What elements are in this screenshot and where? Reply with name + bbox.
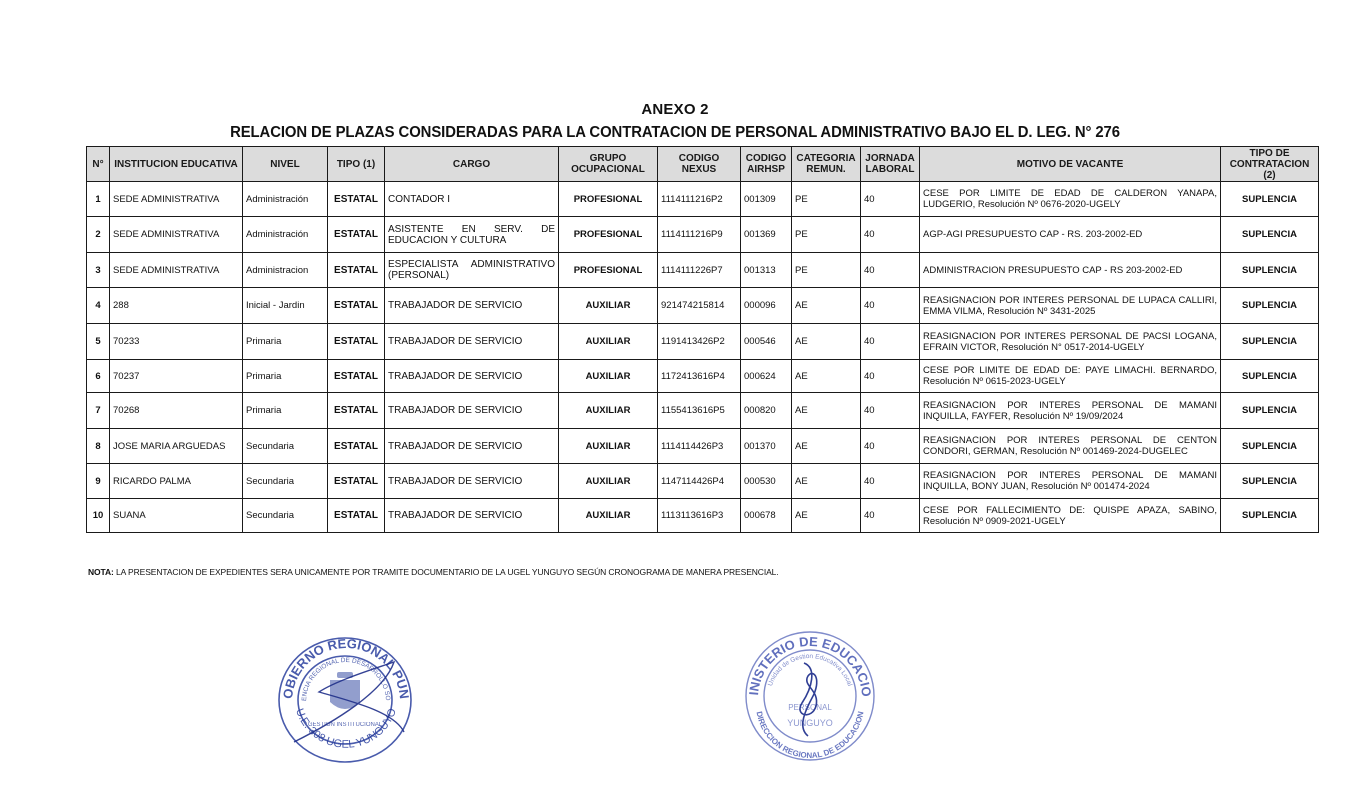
jornada-cell: 40 xyxy=(861,182,920,217)
grupo-cell: AUXILIAR xyxy=(559,324,658,360)
row-number: 9 xyxy=(87,464,110,499)
cargo-cell: ESPECIALISTA ADMINISTRATIVO (PERSONAL) xyxy=(385,253,559,288)
motivo-cell: CESE POR LIMITE DE EDAD DE CALDERON YANA… xyxy=(920,182,1221,217)
contratacion-cell: SUPLENCIA xyxy=(1221,499,1319,533)
table-row: 3SEDE ADMINISTRATIVAAdministracionESTATA… xyxy=(87,253,1319,288)
motivo-cell: AGP-AGI PRESUPUESTO CAP - RS. 203-2002-E… xyxy=(920,217,1221,253)
categoria-cell: AE xyxy=(792,360,861,393)
contratacion-cell: SUPLENCIA xyxy=(1221,288,1319,324)
table-row: 4288Inicial - JardinESTATALTRABAJADOR DE… xyxy=(87,288,1319,324)
footnote-text: LA PRESENTACION DE EXPEDIENTES SERA UNIC… xyxy=(116,567,779,577)
cargo-cell: TRABAJADOR DE SERVICIO xyxy=(385,429,559,464)
airhsp-cell: 000546 xyxy=(741,324,792,360)
table-header-row: N° INSTITUCION EDUCATIVA NIVEL TIPO (1) … xyxy=(87,147,1319,182)
airhsp-cell: 000530 xyxy=(741,464,792,499)
header-airhsp: CODIGOAIRHSP xyxy=(741,147,792,182)
cargo-cell: TRABAJADOR DE SERVICIO xyxy=(385,499,559,533)
motivo-cell: REASIGNACION POR INTERES PERSONAL DE MAM… xyxy=(920,464,1221,499)
airhsp-cell: 000624 xyxy=(741,360,792,393)
tipo-cell: ESTATAL xyxy=(328,182,385,217)
table-row: 670237PrimariaESTATALTRABAJADOR DE SERVI… xyxy=(87,360,1319,393)
institucion-cell: JOSE MARIA ARGUEDAS xyxy=(110,429,243,464)
grupo-cell: AUXILIAR xyxy=(559,360,658,393)
row-number: 3 xyxy=(87,253,110,288)
grupo-cell: AUXILIAR xyxy=(559,464,658,499)
categoria-cell: AE xyxy=(792,288,861,324)
row-number: 6 xyxy=(87,360,110,393)
tipo-cell: ESTATAL xyxy=(328,499,385,533)
institucion-cell: 70233 xyxy=(110,324,243,360)
nexus-cell: 1114111216P2 xyxy=(658,182,741,217)
nivel-cell: Secundaria xyxy=(243,499,328,533)
header-grupo-line2: OCUPACIONAL xyxy=(571,164,645,175)
motivo-cell: REASIGNACION POR INTERES PERSONAL DE MAM… xyxy=(920,393,1221,429)
table-row: 570233PrimariaESTATALTRABAJADOR DE SERVI… xyxy=(87,324,1319,360)
nexus-cell: 1114111216P9 xyxy=(658,217,741,253)
nexus-cell: 1114111226P7 xyxy=(658,253,741,288)
jornada-cell: 40 xyxy=(861,324,920,360)
grupo-cell: AUXILIAR xyxy=(559,393,658,429)
header-nexus-line2: NEXUS xyxy=(682,164,716,175)
institucion-cell: SEDE ADMINISTRATIVA xyxy=(110,182,243,217)
tipo-cell: ESTATAL xyxy=(328,464,385,499)
svg-text:MINISTERIO DE EDUCACION: MINISTERIO DE EDUCACION xyxy=(742,628,874,697)
grupo-cell: PROFESIONAL xyxy=(559,217,658,253)
tipo-cell: ESTATAL xyxy=(328,360,385,393)
nivel-cell: Administracion xyxy=(243,253,328,288)
gobierno-regional-seal-icon: GOBIERNO REGIONAL PUNO GERENCIA REGIONAL… xyxy=(274,632,416,766)
categoria-cell: AE xyxy=(792,429,861,464)
header-categoria-line2: REMUN. xyxy=(806,164,845,175)
airhsp-cell: 000820 xyxy=(741,393,792,429)
airhsp-cell: 001369 xyxy=(741,217,792,253)
jornada-cell: 40 xyxy=(861,360,920,393)
airhsp-cell: 001313 xyxy=(741,253,792,288)
contratacion-cell: SUPLENCIA xyxy=(1221,324,1319,360)
ministerio-seal-icon: MINISTERIO DE EDUCACION Unidad de Gestio… xyxy=(742,628,878,764)
cargo-cell: ASISTENTE EN SERV. DE EDUCACION Y CULTUR… xyxy=(385,217,559,253)
document-subtitle: RELACION DE PLAZAS CONSIDERADAS PARA LA … xyxy=(27,124,1323,142)
nexus-cell: 1113113616P3 xyxy=(658,499,741,533)
nivel-cell: Primaria xyxy=(243,360,328,393)
cargo-cell: CONTADOR I xyxy=(385,182,559,217)
nexus-cell: 1147114426P4 xyxy=(658,464,741,499)
nivel-cell: Secundaria xyxy=(243,464,328,499)
header-categoria-line1: CATEGORIA xyxy=(796,153,855,164)
contratacion-cell: SUPLENCIA xyxy=(1221,393,1319,429)
table-row: 1SEDE ADMINISTRATIVAAdministraciónESTATA… xyxy=(87,182,1319,217)
header-n: N° xyxy=(87,147,110,182)
tipo-cell: ESTATAL xyxy=(328,217,385,253)
motivo-cell: ADMINISTRACION PRESUPUESTO CAP - RS 203-… xyxy=(920,253,1221,288)
cargo-cell: TRABAJADOR DE SERVICIO xyxy=(385,360,559,393)
nexus-cell: 1172413616P4 xyxy=(658,360,741,393)
tipo-cell: ESTATAL xyxy=(328,429,385,464)
row-number: 4 xyxy=(87,288,110,324)
cargo-cell: TRABAJADOR DE SERVICIO xyxy=(385,288,559,324)
header-motivo: MOTIVO DE VACANTE xyxy=(920,147,1221,182)
table-row: 10SUANASecundariaESTATALTRABAJADOR DE SE… xyxy=(87,499,1319,533)
jornada-cell: 40 xyxy=(861,253,920,288)
annex-title: ANEXO 2 xyxy=(0,101,1350,118)
seal-right-bottom-text: YUNGUYO xyxy=(787,718,833,728)
institucion-cell: 288 xyxy=(110,288,243,324)
contratacion-cell: SUPLENCIA xyxy=(1221,464,1319,499)
row-number: 7 xyxy=(87,393,110,429)
institucion-cell: RICARDO PALMA xyxy=(110,464,243,499)
cargo-cell: TRABAJADOR DE SERVICIO xyxy=(385,393,559,429)
row-number: 1 xyxy=(87,182,110,217)
jornada-cell: 40 xyxy=(861,217,920,253)
header-nexus: CODIGONEXUS xyxy=(658,147,741,182)
motivo-cell: REASIGNACION POR INTERES PERSONAL DE CEN… xyxy=(920,429,1221,464)
header-contratacion: TIPO DECONTRATACION(2) xyxy=(1221,147,1319,182)
header-airhsp-line2: AIRHSP xyxy=(747,164,785,175)
contratacion-cell: SUPLENCIA xyxy=(1221,360,1319,393)
nivel-cell: Inicial - Jardin xyxy=(243,288,328,324)
tipo-cell: ESTATAL xyxy=(328,253,385,288)
institucion-cell: 70268 xyxy=(110,393,243,429)
grupo-cell: AUXILIAR xyxy=(559,499,658,533)
categoria-cell: AE xyxy=(792,464,861,499)
jornada-cell: 40 xyxy=(861,393,920,429)
header-categoria: CATEGORIAREMUN. xyxy=(792,147,861,182)
cargo-cell: TRABAJADOR DE SERVICIO xyxy=(385,324,559,360)
tipo-cell: ESTATAL xyxy=(328,393,385,429)
header-airhsp-line1: CODIGO xyxy=(746,153,787,164)
contratacion-cell: SUPLENCIA xyxy=(1221,182,1319,217)
header-nivel: NIVEL xyxy=(243,147,328,182)
footnote-label: NOTA: xyxy=(88,567,114,577)
categoria-cell: AE xyxy=(792,324,861,360)
table-row: 770268PrimariaESTATALTRABAJADOR DE SERVI… xyxy=(87,393,1319,429)
grupo-cell: AUXILIAR xyxy=(559,288,658,324)
header-jornada-line1: JORNADA xyxy=(865,153,914,164)
jornada-cell: 40 xyxy=(861,499,920,533)
row-number: 10 xyxy=(87,499,110,533)
nivel-cell: Primaria xyxy=(243,393,328,429)
table-row: 8JOSE MARIA ARGUEDASSecundariaESTATALTRA… xyxy=(87,429,1319,464)
airhsp-cell: 000096 xyxy=(741,288,792,324)
categoria-cell: PE xyxy=(792,253,861,288)
row-number: 2 xyxy=(87,217,110,253)
nexus-cell: 1114114426P3 xyxy=(658,429,741,464)
plazas-table: N° INSTITUCION EDUCATIVA NIVEL TIPO (1) … xyxy=(86,146,1319,533)
tipo-cell: ESTATAL xyxy=(328,324,385,360)
cargo-cell: TRABAJADOR DE SERVICIO xyxy=(385,464,559,499)
institucion-cell: SEDE ADMINISTRATIVA xyxy=(110,217,243,253)
header-contratacion-line3: (2) xyxy=(1263,170,1275,181)
header-institucion: INSTITUCION EDUCATIVA xyxy=(110,147,243,182)
table-row: 9RICARDO PALMASecundariaESTATALTRABAJADO… xyxy=(87,464,1319,499)
table-row: 2SEDE ADMINISTRATIVAAdministraciónESTATA… xyxy=(87,217,1319,253)
motivo-cell: REASIGNACION POR INTERES PERSONAL DE PAC… xyxy=(920,324,1221,360)
institucion-cell: SUANA xyxy=(110,499,243,533)
categoria-cell: AE xyxy=(792,499,861,533)
airhsp-cell: 000678 xyxy=(741,499,792,533)
grupo-cell: PROFESIONAL xyxy=(559,182,658,217)
nexus-cell: 1191413426P2 xyxy=(658,324,741,360)
header-tipo: TIPO (1) xyxy=(328,147,385,182)
nivel-cell: Administración xyxy=(243,217,328,253)
nivel-cell: Primaria xyxy=(243,324,328,360)
airhsp-cell: 001309 xyxy=(741,182,792,217)
nexus-cell: 1155413616P5 xyxy=(658,393,741,429)
grupo-cell: PROFESIONAL xyxy=(559,253,658,288)
jornada-cell: 40 xyxy=(861,288,920,324)
motivo-cell: CESE POR FALLECIMIENTO DE: QUISPE APAZA,… xyxy=(920,499,1221,533)
contratacion-cell: SUPLENCIA xyxy=(1221,429,1319,464)
header-contratacion-line1: TIPO DE xyxy=(1249,148,1289,159)
motivo-cell: CESE POR LIMITE DE EDAD DE: PAYE LIMACHI… xyxy=(920,360,1221,393)
contratacion-cell: SUPLENCIA xyxy=(1221,253,1319,288)
grupo-cell: AUXILIAR xyxy=(559,429,658,464)
tipo-cell: ESTATAL xyxy=(328,288,385,324)
categoria-cell: AE xyxy=(792,393,861,429)
header-contratacion-line2: CONTRATACION xyxy=(1230,159,1310,170)
nexus-cell: 921474215814 xyxy=(658,288,741,324)
header-jornada: JORNADALABORAL xyxy=(861,147,920,182)
row-number: 5 xyxy=(87,324,110,360)
jornada-cell: 40 xyxy=(861,429,920,464)
seal-right-center-text: PERSONAL xyxy=(788,703,832,712)
categoria-cell: PE xyxy=(792,182,861,217)
nivel-cell: Administración xyxy=(243,182,328,217)
header-grupo: GRUPOOCUPACIONAL xyxy=(559,147,658,182)
institucion-cell: SEDE ADMINISTRATIVA xyxy=(110,253,243,288)
header-nexus-line1: CODIGO xyxy=(679,153,720,164)
seal-right-outer-text: MINISTERIO DE EDUCACION xyxy=(742,628,874,697)
footnote: NOTA: LA PRESENTACION DE EXPEDIENTES SER… xyxy=(88,567,779,577)
categoria-cell: PE xyxy=(792,217,861,253)
header-jornada-line2: LABORAL xyxy=(866,164,915,175)
header-grupo-line1: GRUPO xyxy=(590,153,627,164)
airhsp-cell: 001370 xyxy=(741,429,792,464)
table-body: 1SEDE ADMINISTRATIVAAdministraciónESTATA… xyxy=(87,182,1319,533)
contratacion-cell: SUPLENCIA xyxy=(1221,217,1319,253)
jornada-cell: 40 xyxy=(861,464,920,499)
nivel-cell: Secundaria xyxy=(243,429,328,464)
header-cargo: CARGO xyxy=(385,147,559,182)
row-number: 8 xyxy=(87,429,110,464)
seal-left-center-text: GESTION INSTITUCIONAL xyxy=(308,722,383,728)
institucion-cell: 70237 xyxy=(110,360,243,393)
motivo-cell: REASIGNACION POR INTERES PERSONAL DE LUP… xyxy=(920,288,1221,324)
